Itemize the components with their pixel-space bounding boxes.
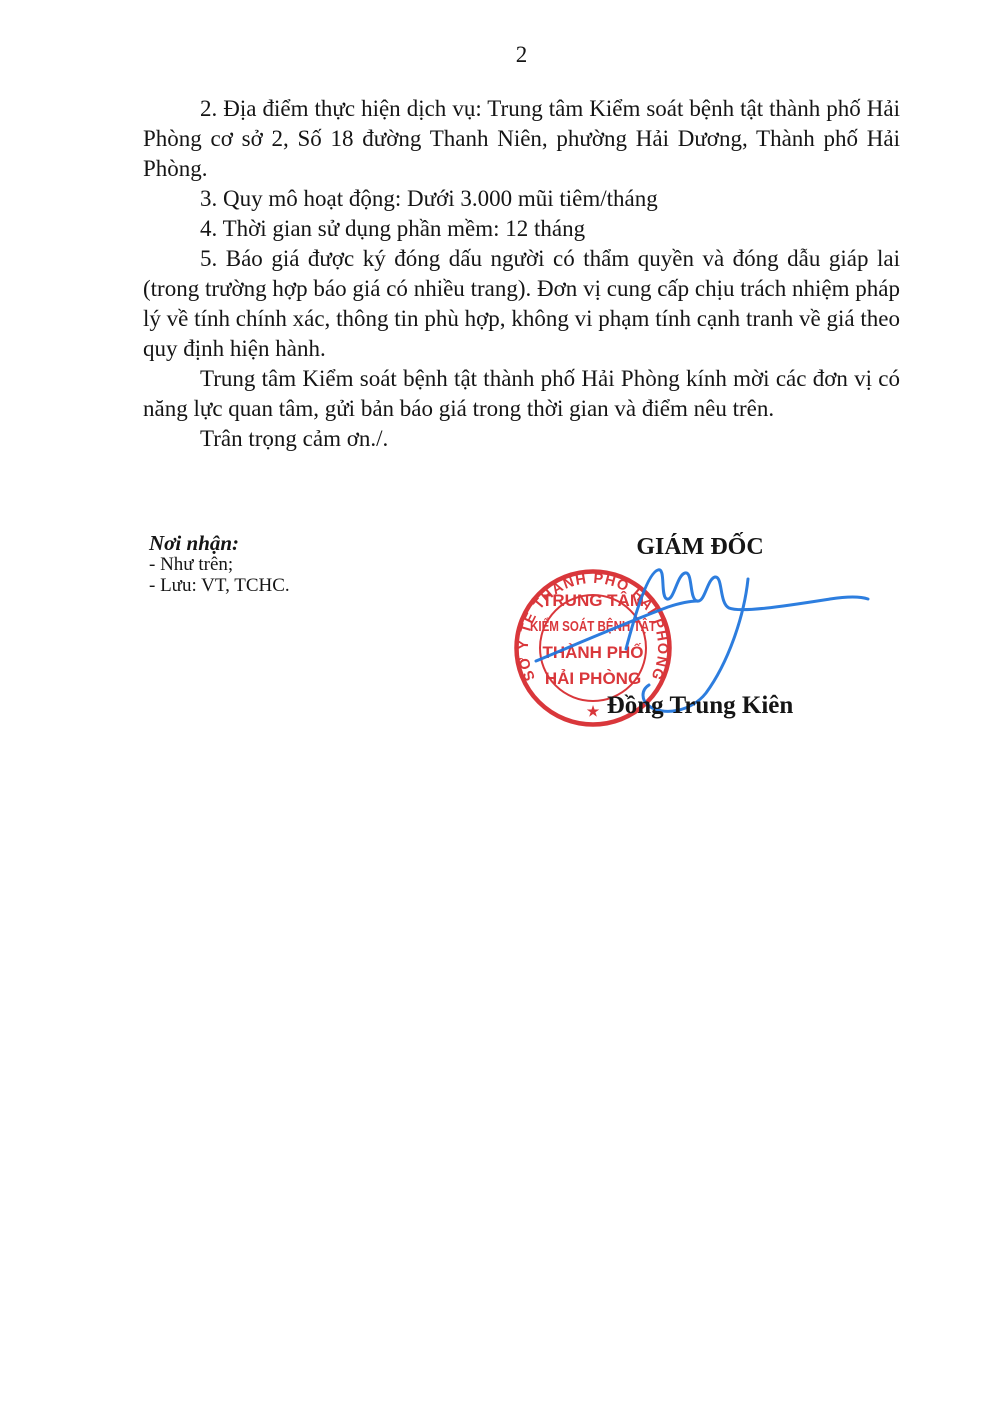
document-body: 2. Địa điểm thực hiện dịch vụ: Trung tâm…	[143, 94, 900, 454]
document-page: 2 2. Địa điểm thực hiện dịch vụ: Trung t…	[0, 0, 993, 1404]
stamp-inner-ring	[540, 595, 646, 701]
paragraph-scale: 3. Quy mô hoạt động: Dưới 3.000 mũi tiêm…	[143, 184, 900, 214]
paragraph-duration: 4. Thời gian sử dụng phần mềm: 12 tháng	[143, 214, 900, 244]
stamp-center-line: KIỂM SOÁT BỆNH TẬT	[530, 617, 656, 635]
recipient-item: - Như trên;	[149, 555, 290, 576]
paragraph-service-location: 2. Địa điểm thực hiện dịch vụ: Trung tâm…	[143, 94, 900, 184]
paragraph-closing: Trân trọng cảm ơn./.	[143, 424, 900, 454]
recipient-item: - Lưu: VT, TCHC.	[149, 576, 290, 597]
recipients-heading: Nơi nhận:	[149, 531, 290, 555]
stamp-center-line: HẢI PHÒNG	[545, 669, 641, 688]
stamp-ring-text: SỞ Y TẾ THÀNH PHỐ HẢI PHÒNG	[514, 571, 672, 683]
signer-name: Đồng Trung Kiên	[595, 692, 805, 720]
paragraph-quote-requirements: 5. Báo giá được ký đóng dấu người có thẩ…	[143, 244, 900, 364]
stamp-center-line: THÀNH PHỐ	[542, 642, 643, 662]
stamp-center-line: TRUNG TÂM	[542, 591, 644, 610]
page-number: 2	[143, 42, 900, 68]
signature-upstroke	[536, 601, 698, 661]
recipients-block: Nơi nhận: - Như trên; - Lưu: VT, TCHC.	[149, 531, 290, 596]
signer-title: GIÁM ĐỐC	[600, 534, 800, 561]
svg-text:SỞ Y TẾ THÀNH PHỐ HẢI PHÒNG: SỞ Y TẾ THÀNH PHỐ HẢI PHÒNG	[514, 571, 672, 683]
paragraph-invitation: Trung tâm Kiểm soát bệnh tật thành phố H…	[143, 364, 900, 424]
signature-loops-tail	[626, 570, 868, 649]
